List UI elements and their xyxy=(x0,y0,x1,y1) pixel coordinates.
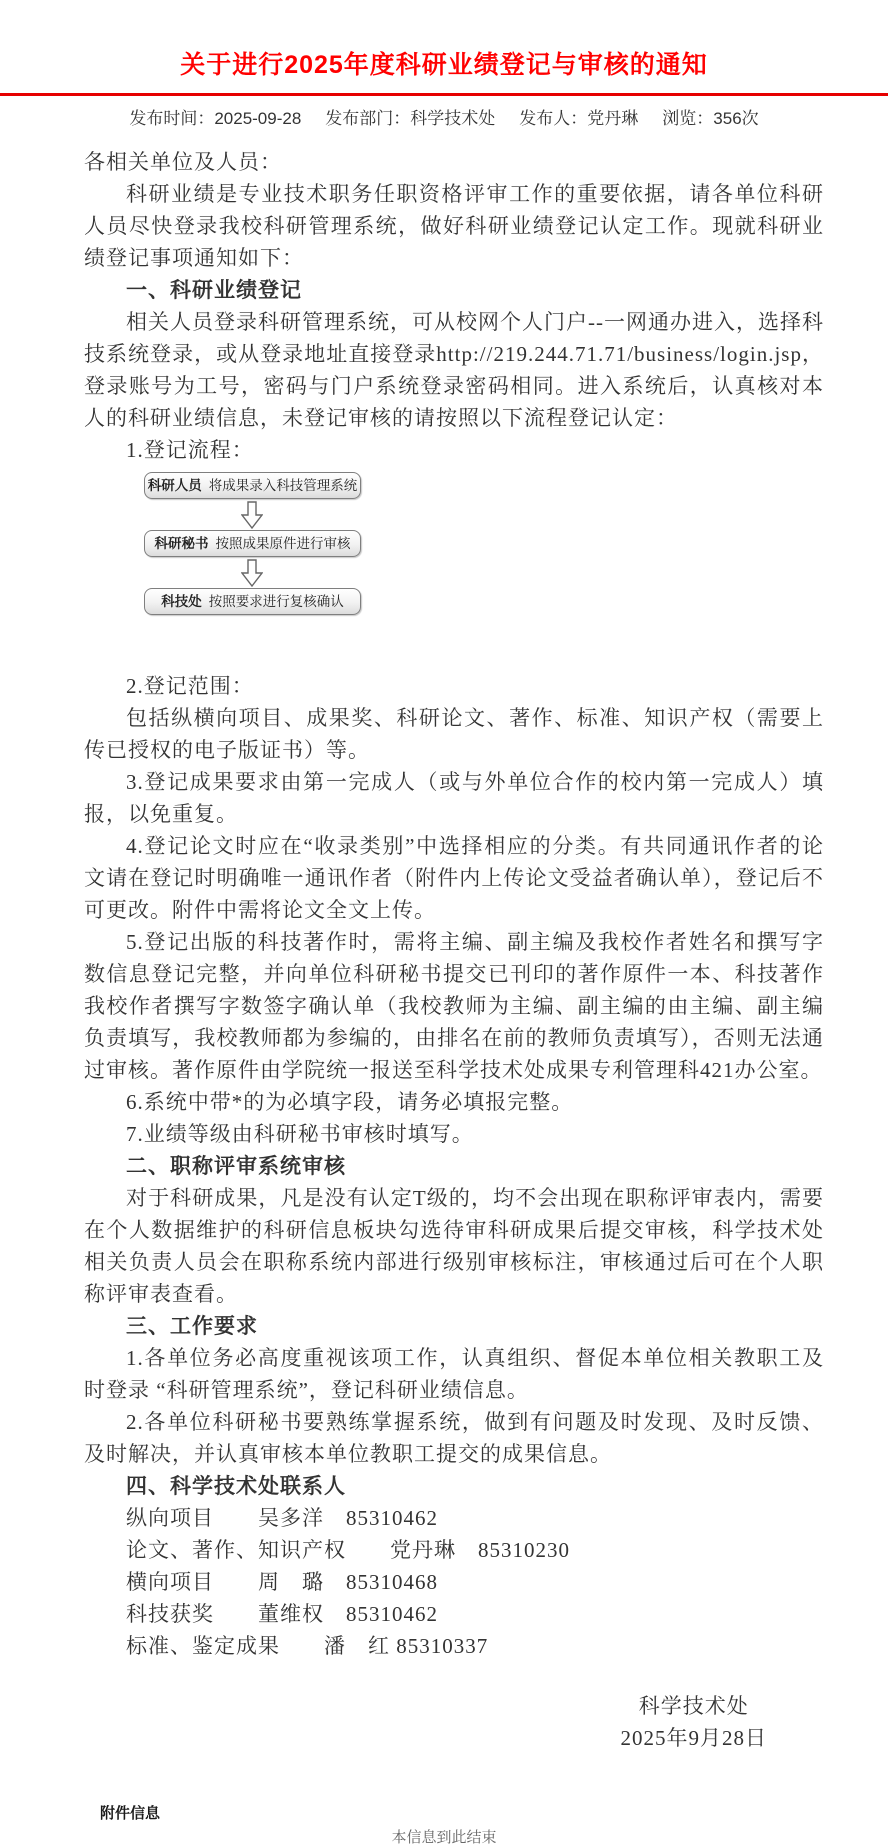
flow-step-role: 科研人员 xyxy=(148,479,202,493)
end-of-info-note: 本信息到此结束 xyxy=(0,1826,888,1844)
paragraph: 1.登记流程： xyxy=(84,434,824,466)
publish-department-label: 发布部门： xyxy=(325,109,410,128)
contact-line: 纵向项目 吴多洋 85310462 xyxy=(84,1502,824,1534)
view-count-label: 浏览： xyxy=(662,109,713,128)
paragraph: 7.业绩等级由科研秘书审核时填写。 xyxy=(84,1118,824,1150)
publisher-label: 发布人： xyxy=(519,109,587,128)
flow-step-role: 科研秘书 xyxy=(155,537,209,551)
contact-line: 科技获奖 董维权 85310462 xyxy=(84,1598,824,1630)
section-heading: 二、职称评审系统审核 xyxy=(84,1150,824,1182)
publish-time: 发布时间：2025-09-28 xyxy=(129,104,301,129)
meta-row: 发布时间：2025-09-28 发布部门：科学技术处 发布人：党丹琳 浏览：35… xyxy=(0,106,888,126)
registration-flowchart: 科研人员将成果录入科技管理系统科研秘书按照成果原件进行审核科技处按照要求进行复核… xyxy=(144,472,824,615)
paragraph: 2.各单位科研秘书要熟练掌握系统，做到有问题及时发现、及时反馈、及时解决，并认真… xyxy=(84,1406,824,1470)
notice-page: 关于进行2025年度科研业绩登记与审核的通知 发布时间：2025-09-28 发… xyxy=(0,0,888,1844)
page-title: 关于进行2025年度科研业绩登记与审核的通知 xyxy=(0,0,888,80)
paragraph: 科研业绩是专业技术职务任职资格评审工作的重要依据，请各单位科研人员尽快登录我校科… xyxy=(84,178,824,274)
signoff-inner: 科学技术处 2025年9月28日 xyxy=(621,1690,768,1754)
publish-department: 发布部门：科学技术处 xyxy=(325,104,495,129)
publish-department-value: 科学技术处 xyxy=(410,109,495,128)
article-body: 各相关单位及人员：科研业绩是专业技术职务任职资格评审工作的重要依据，请各单位科研… xyxy=(84,146,824,1662)
section-heading: 一、科研业绩登记 xyxy=(84,274,824,306)
paragraph: 2.登记范围： xyxy=(84,670,824,702)
down-arrow-icon xyxy=(241,559,263,587)
attachment-info-label: 附件信息 xyxy=(100,1802,160,1823)
flow-step-action: 按照成果原件进行审核 xyxy=(216,537,351,551)
flow-step-2: 科研秘书按照成果原件进行审核 xyxy=(144,530,361,557)
flow-step-action: 将成果录入科技管理系统 xyxy=(209,479,358,493)
flow-step-1: 科研人员将成果录入科技管理系统 xyxy=(144,472,361,499)
title-divider xyxy=(0,93,888,96)
paragraph: 4.登记论文时应在“收录类别”中选择相应的分类。有共同通讯作者的论文请在登记时明… xyxy=(84,830,824,926)
paragraph: 6.系统中带*的为必填字段，请务必填报完整。 xyxy=(84,1086,824,1118)
view-count-value: 356次 xyxy=(713,109,758,128)
paragraph: 包括纵横向项目、成果奖、科研论文、著作、标准、知识产权（需要上传已授权的电子版证… xyxy=(84,702,824,766)
paragraph: 1.各单位务必高度重视该项工作，认真组织、督促本单位相关教职工及时登录 “科研管… xyxy=(84,1342,824,1406)
signoff-department: 科学技术处 xyxy=(621,1690,768,1722)
publisher-value: 党丹琳 xyxy=(587,109,638,128)
flow-step-3: 科技处按照要求进行复核确认 xyxy=(144,588,361,615)
contact-line: 论文、著作、知识产权 党丹琳 85310230 xyxy=(84,1534,824,1566)
publish-time-value: 2025-09-28 xyxy=(214,109,301,128)
paragraph: 相关人员登录科研管理系统，可从校网个人门户--一网通办进入，选择科技系统登录，或… xyxy=(84,306,824,434)
view-count: 浏览：356次 xyxy=(662,104,758,129)
signoff-date: 2025年9月28日 xyxy=(621,1722,768,1754)
contact-line: 标准、鉴定成果 潘 红 85310337 xyxy=(84,1630,824,1662)
paragraph: 各相关单位及人员： xyxy=(84,146,824,178)
paragraph: 3.登记成果要求由第一完成人（或与外单位合作的校内第一完成人）填报，以免重复。 xyxy=(84,766,824,830)
section-heading: 四、科学技术处联系人 xyxy=(84,1470,824,1502)
signoff: 科学技术处 2025年9月28日 xyxy=(0,1690,767,1754)
flow-step-action: 按照要求进行复核确认 xyxy=(209,595,344,609)
contact-line: 横向项目 周 璐 85310468 xyxy=(84,1566,824,1598)
paragraph: 对于科研成果，凡是没有认定T级的，均不会出现在职称评审表内，需要在个人数据维护的… xyxy=(84,1182,824,1310)
publish-time-label: 发布时间： xyxy=(129,109,214,128)
down-arrow-icon xyxy=(241,501,263,529)
paragraph: 5.登记出版的科技著作时，需将主编、副主编及我校作者姓名和撰写字数信息登记完整，… xyxy=(84,926,824,1086)
section-heading: 三、工作要求 xyxy=(84,1310,824,1342)
flow-step-role: 科技处 xyxy=(161,595,202,609)
publisher: 发布人：党丹琳 xyxy=(519,104,638,129)
